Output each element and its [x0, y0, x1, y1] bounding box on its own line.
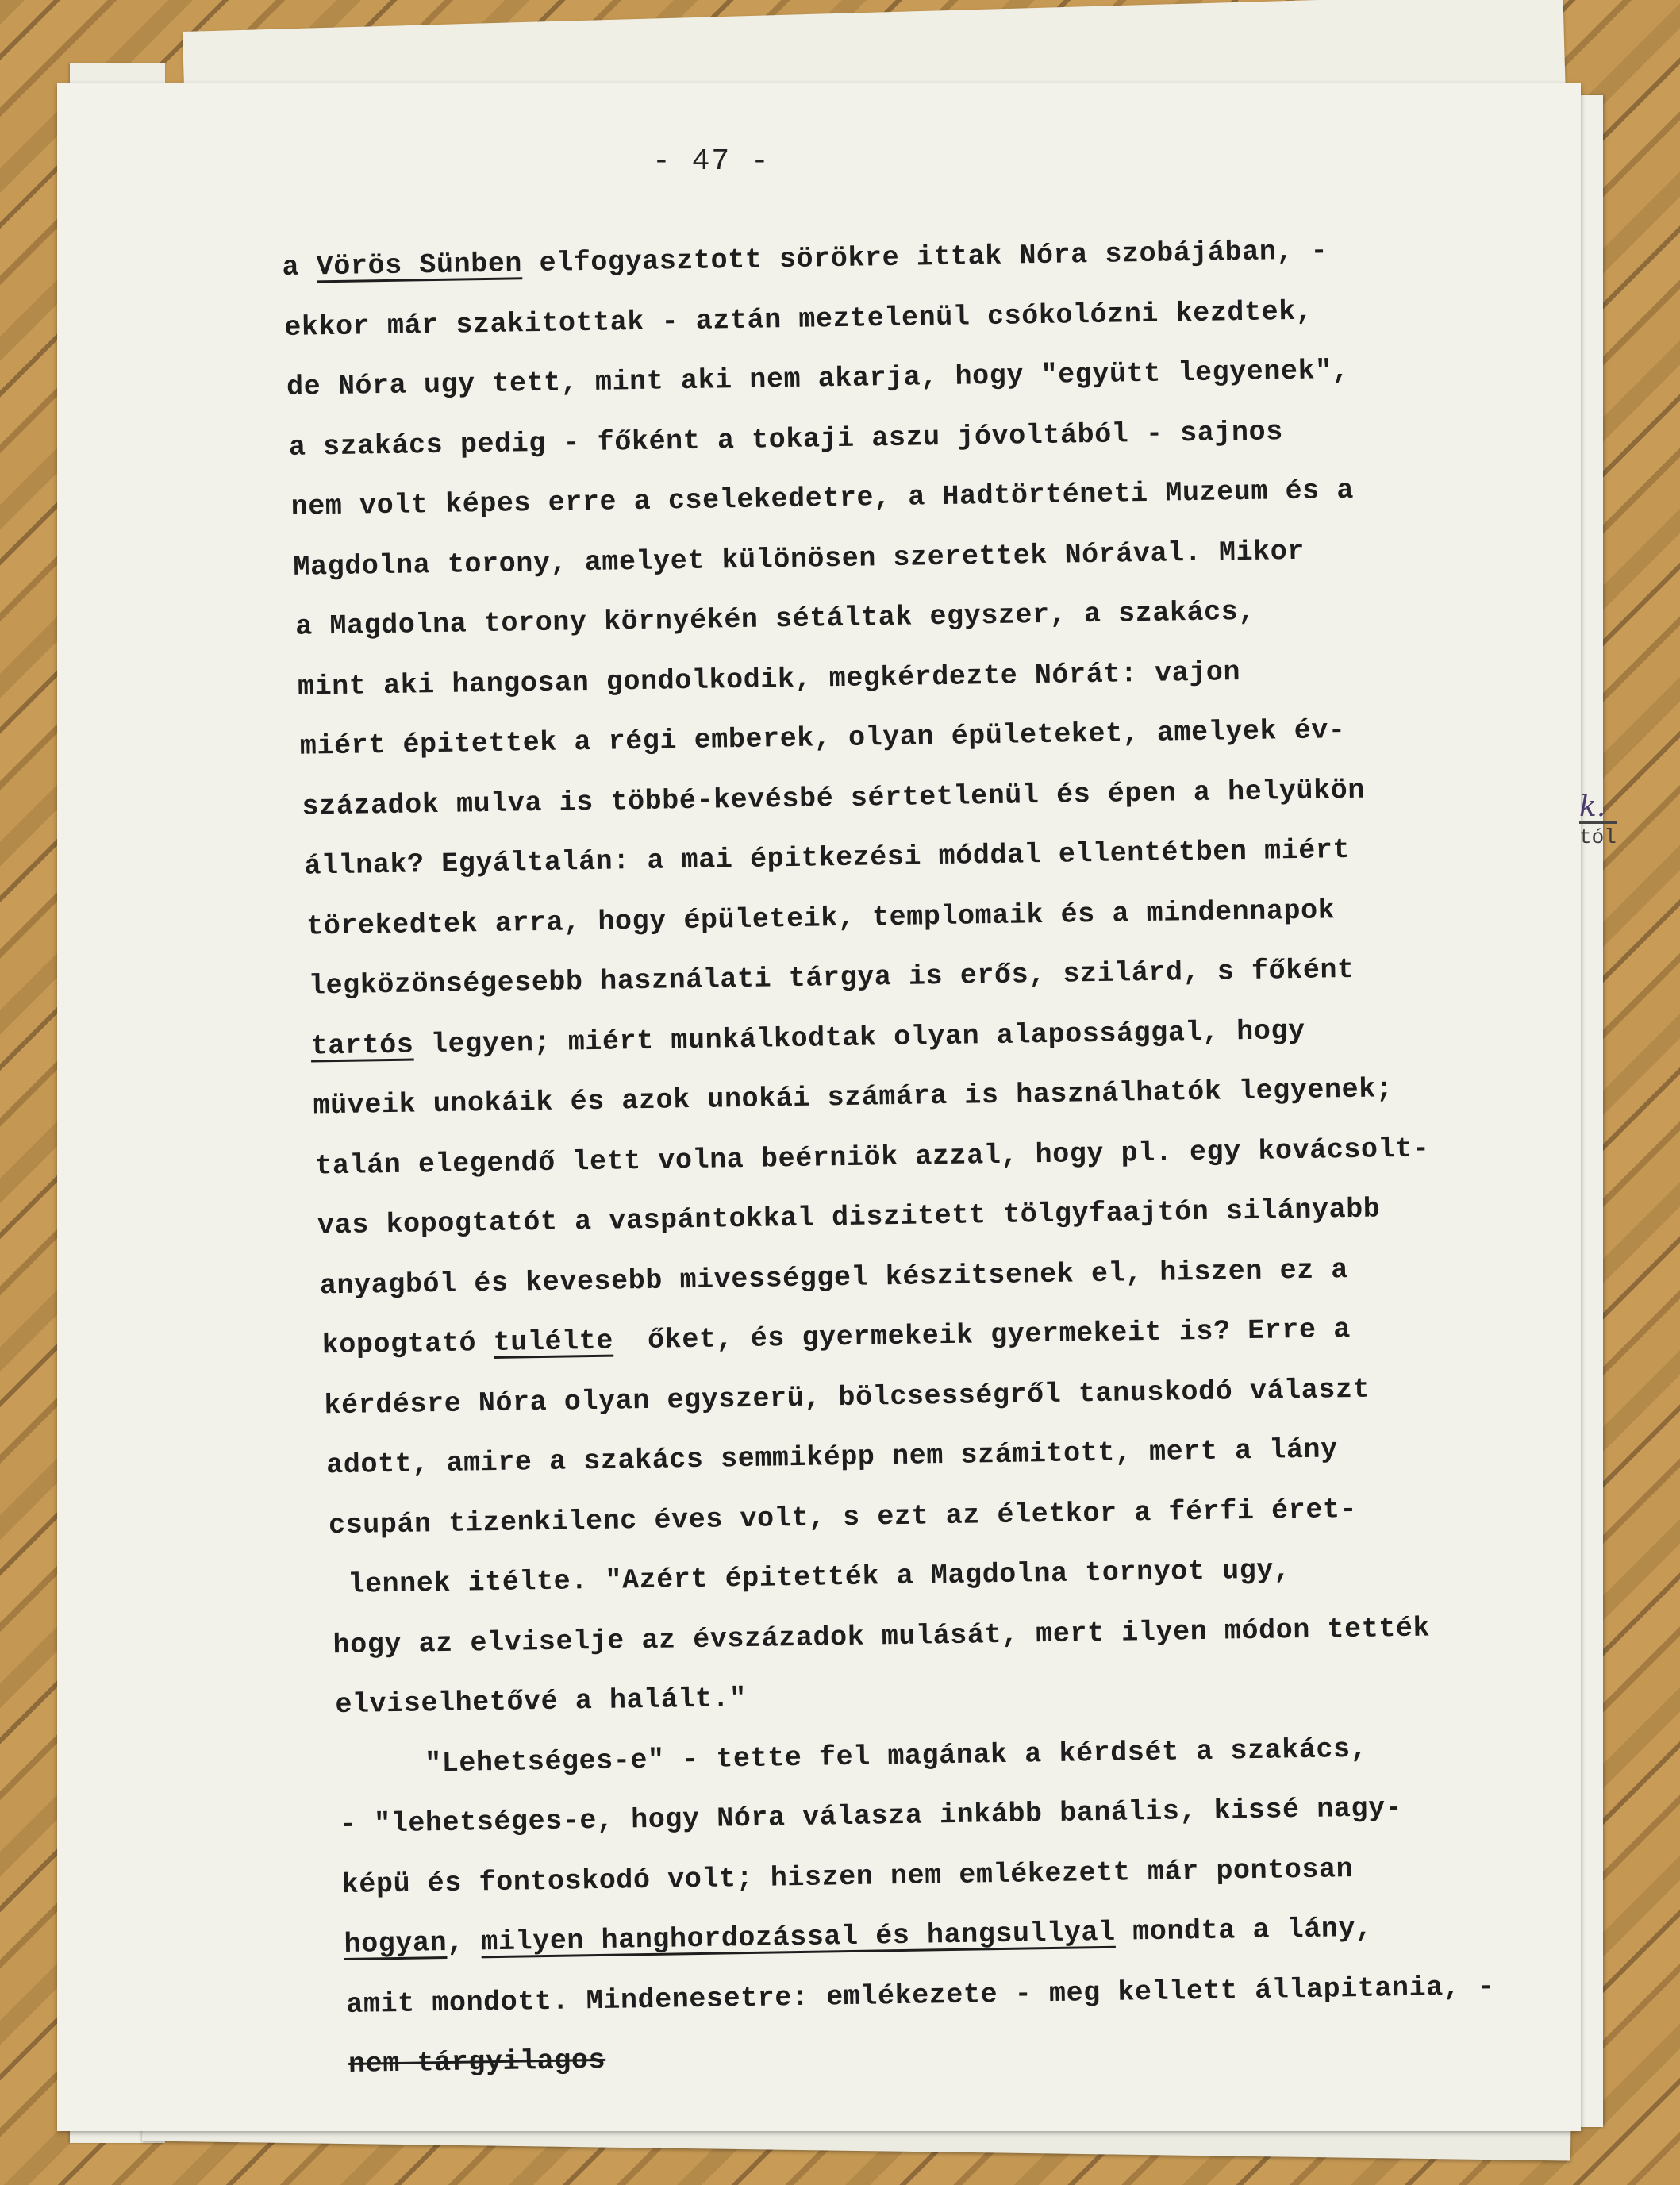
underlined-text: tulélte — [493, 1325, 613, 1359]
text-segment: legközönségesebb használati tárgya is er… — [309, 954, 1355, 1002]
margin-note: k. tól — [1579, 794, 1617, 851]
text-segment: müveik unokáik és azok unokái számára is… — [313, 1073, 1393, 1121]
text-segment: elviselhetővé a halált." — [335, 1683, 747, 1721]
margin-note-typed: tól — [1579, 821, 1617, 851]
text-segment: legyen; miért munkálkodtak olyan alaposs… — [413, 1014, 1305, 1060]
text-segment: nem volt képes erre a cselekedetre, a Ha… — [290, 475, 1354, 523]
manuscript-body: a Vörös Sünben elfogyasztott sörökre itt… — [282, 218, 1549, 2095]
text-segment: állnak? Egyáltalán: a mai épitkezési mód… — [304, 834, 1350, 883]
underlined-text: Vörös Sünben — [316, 248, 522, 283]
text-segment: vas kopogtatót a vaspántokkal diszitett … — [317, 1193, 1381, 1241]
text-segment: miért épitettek a régi emberek, olyan ép… — [300, 714, 1346, 763]
text-segment: lennek itélte. "Azért épitették a Magdol… — [331, 1554, 1291, 1601]
underlined-text: hogyan — [344, 1927, 447, 1960]
text-segment: kopogtató — [321, 1327, 494, 1361]
text-segment: a Magdolna torony környékén sétáltak egy… — [295, 596, 1255, 643]
text-segment: képü és fontoskodó volt; hiszen nem emlé… — [341, 1853, 1353, 1901]
text-segment: anyagból és kevesebb mivességgel készits… — [320, 1254, 1349, 1302]
page-number: - 47 - — [652, 144, 771, 179]
text-segment: - "lehetséges-e, hogy Nóra válasza inkáb… — [340, 1792, 1403, 1841]
text-segment: , — [447, 1926, 482, 1959]
text-segment: kérdésre Nóra olyan egyszerü, bölcsesség… — [324, 1373, 1370, 1421]
text-segment: törekedtek arra, hogy épületeik, templom… — [306, 894, 1336, 942]
text-segment: hogy az elviselje az évszázadok mulását,… — [333, 1612, 1430, 1661]
underlined-text: milyen hanghordozással és hangsullyal — [481, 1917, 1116, 1959]
underlined-text: tartós — [310, 1029, 413, 1062]
text-segment: őket, és gyermekeik gyermekeit is? Erre … — [613, 1314, 1351, 1357]
text-segment: a szakács pedig - főként a tokaji aszu j… — [289, 416, 1283, 464]
text-segment: csupán tizenkilenc éves volt, s ezt az é… — [329, 1493, 1358, 1541]
text-segment: de Nóra ugy tett, mint aki nem akarja, h… — [286, 355, 1350, 403]
text-segment: Magdolna torony, amelyet különösen szere… — [293, 535, 1305, 583]
text-segment: talán elegendő lett volna beérniök azzal… — [315, 1133, 1430, 1182]
text-segment: ekkor már szakitottak - aztán meztelenül… — [284, 295, 1313, 343]
text-segment: elfogyasztott sörökre ittak Nóra szobájá… — [522, 235, 1328, 279]
text-segment: adott, amire a szakács semmiképp nem szá… — [326, 1433, 1338, 1481]
text-segment: mondta a lány, — [1115, 1913, 1373, 1948]
text-segment: mint aki hangosan gondolkodik, megkérdez… — [298, 656, 1241, 703]
margin-note-handwritten: k. — [1579, 794, 1617, 821]
struck-text: nem tárgyilagos — [348, 2045, 606, 2080]
text-segment: a — [282, 251, 317, 283]
text-segment: "Lehetséges-e" - tette fel magának a kér… — [425, 1733, 1368, 1779]
text-segment: amit mondott. Mindenesetre: emlékezete -… — [346, 1971, 1495, 2021]
text-segment: századok mulva is többé-kevésbé sértetle… — [302, 774, 1365, 822]
